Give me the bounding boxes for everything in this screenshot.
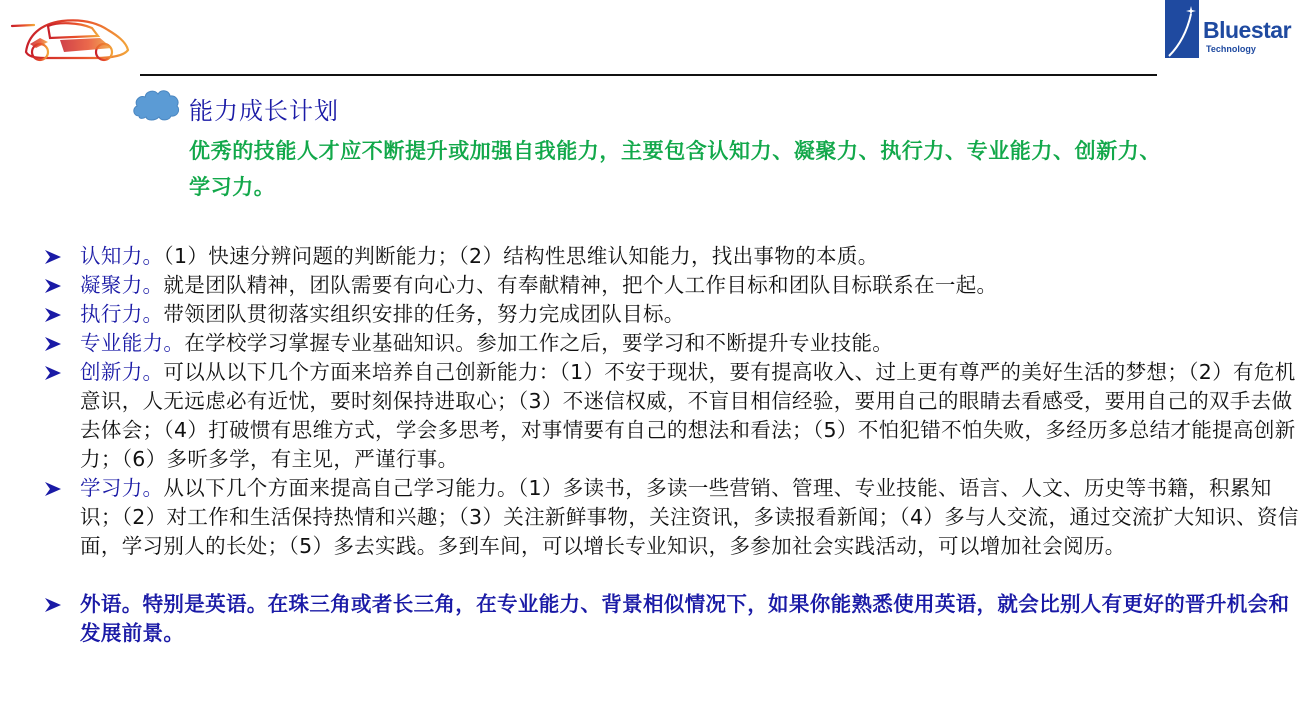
list-item-foreign-language: 外语。特别是英语。在珠三角或者长三角，在专业能力、背景相似情况下，如果你能熟悉使…: [44, 590, 1308, 648]
header-divider: [140, 74, 1157, 76]
bullet-term: 专业能力。: [80, 331, 184, 355]
list-item-learning: 学习力。从以下几个方面来提高自己学习能力。（1）多读书，多读一些营销、管理、专业…: [44, 474, 1308, 561]
bullet-text: 从以下几个方面来提高自己学习能力。（1）多读书，多读一些营销、管理、专业技能、语…: [80, 476, 1299, 558]
bullet-term: 执行力。: [80, 302, 163, 326]
list-item-innovation: 创新力。可以从以下几个方面来培养自己创新能力：（1）不安于现状，要有提高收入、过…: [44, 358, 1308, 474]
bluestar-logo: Bluestar Technology: [1163, 0, 1308, 62]
list-item-execution: 执行力。带领团队贯彻落实组织安排的任务，努力完成团队目标。: [44, 300, 1308, 329]
arrow-bullet-icon: [44, 307, 62, 323]
arrow-bullet-icon: [44, 249, 62, 265]
section-title: 能力成长计划: [189, 91, 339, 126]
arrow-bullet-icon: [44, 278, 62, 294]
arrow-bullet-icon: [44, 365, 62, 381]
bullet-term: 学习力。: [80, 476, 163, 500]
car-logo: [0, 8, 134, 68]
arrow-bullet-icon: [44, 336, 62, 352]
arrow-bullet-icon: [44, 481, 62, 497]
bullet-text: 就是团队精神，团队需要有向心力、有奉献精神，把个人工作目标和团队目标联系在一起。: [163, 273, 997, 297]
arrow-bullet-icon: [44, 597, 62, 613]
ability-list: 认知力。（1）快速分辨问题的判断能力；（2）结构性思维认知能力，找出事物的本质。…: [44, 242, 1308, 648]
sports-car-icon: [0, 8, 134, 68]
bullet-text: 特别是英语。在珠三角或者长三角，在专业能力、背景相似情况下，如果你能熟悉使用英语…: [80, 592, 1289, 645]
cloud-icon: [131, 86, 181, 122]
bullet-term: 创新力。: [80, 360, 163, 384]
bullet-term: 凝聚力。: [80, 273, 163, 297]
section-intro: 优秀的技能人才应不断提升或加强自我能力，主要包含认知力、凝聚力、执行力、专业能力…: [189, 133, 1164, 205]
bullet-term: 认知力。: [80, 244, 163, 268]
list-item-professional: 专业能力。在学校学习掌握专业基础知识。参加工作之后，要学习和不断提升专业技能。: [44, 329, 1308, 358]
bullet-text: 带领团队贯彻落实组织安排的任务，努力完成团队目标。: [163, 302, 684, 326]
bullet-text: （1）快速分辨问题的判断能力；（2）结构性思维认知能力，找出事物的本质。: [163, 244, 878, 268]
bluestar-star-mark-icon: [1165, 0, 1199, 58]
bullet-text: 可以从以下几个方面来培养自己创新能力：（1）不安于现状，要有提高收入、过上更有尊…: [80, 360, 1296, 471]
brand-name: Bluestar: [1203, 17, 1291, 44]
brand-tagline: Technology: [1206, 44, 1256, 54]
list-item-cognition: 认知力。（1）快速分辨问题的判断能力；（2）结构性思维认知能力，找出事物的本质。: [44, 242, 1308, 271]
bullet-text: 在学校学习掌握专业基础知识。参加工作之后，要学习和不断提升专业技能。: [184, 331, 893, 355]
bullet-term: 外语。: [80, 592, 143, 616]
list-item-cohesion: 凝聚力。就是团队精神，团队需要有向心力、有奉献精神，把个人工作目标和团队目标联系…: [44, 271, 1308, 300]
